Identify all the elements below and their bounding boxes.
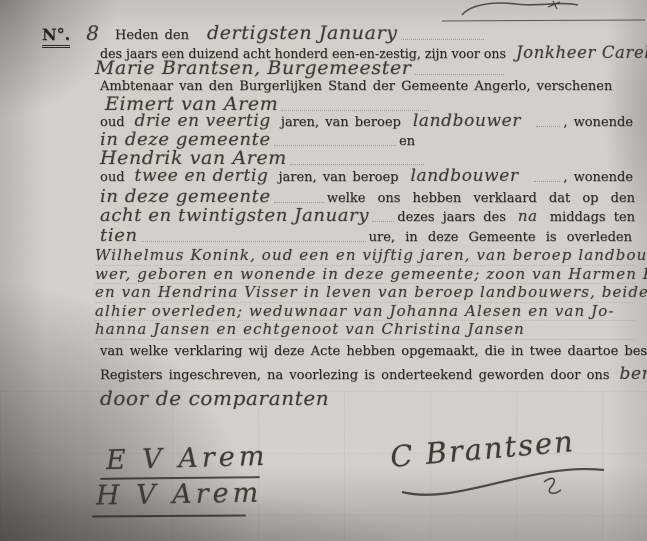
top-right-rule-line xyxy=(442,20,645,21)
deceased-line: en van Hendrina Visser in leven van bero… xyxy=(95,284,635,303)
hand-declarant2-residence: in deze gemeente xyxy=(100,186,271,207)
hand-declarant1-occupation: landbouwer xyxy=(413,111,521,131)
line-death-hour: tien ure, in deze Gemeente is overleden xyxy=(100,225,632,246)
dotted-rule xyxy=(412,57,508,79)
hand-death-date: acht en twintigsten January xyxy=(100,205,369,226)
printed-heden-den: Heden den xyxy=(115,28,189,43)
printed-dezes-jaars: dezes jaars des xyxy=(397,210,506,225)
line-declarant1-details: oud drie en veertig jaren, van beroep la… xyxy=(100,111,633,131)
dotted-rule xyxy=(271,186,327,207)
hand-benevens: benevens xyxy=(619,364,647,384)
act-number-label: N°. xyxy=(42,25,70,48)
dotted-rule xyxy=(531,166,564,186)
dotted-rule xyxy=(533,111,563,131)
bleed-through-grid xyxy=(0,391,647,541)
dotted-rule xyxy=(398,22,487,44)
printed-jaren-beroep: jaren, van beroep xyxy=(278,170,398,185)
deceased-line: wer, geboren en wonende in deze gemeente… xyxy=(95,266,635,285)
act-number-value: 8 xyxy=(86,21,99,45)
printed-verklaard: welke ons hebben verklaard dat op den xyxy=(327,191,635,206)
printed-closing-2: Registers ingeschreven, na voorlezing is… xyxy=(100,368,609,383)
printed-wonende: , wonende xyxy=(563,115,633,130)
printed-closing-1: van welke verklaring wij deze Acte hebbe… xyxy=(100,344,647,359)
death-certificate-scan: N°. 8 Heden den dertigsten January des j… xyxy=(0,0,647,541)
deceased-line: hanna Jansen en echtgenoot van Christina… xyxy=(95,321,635,340)
deceased-line: alhier overleden; weduwnaar van Johanna … xyxy=(95,303,635,322)
deceased-details-block: Wilhelmus Konink, oud een en vijftig jar… xyxy=(95,247,635,340)
line-ambtenaar: Ambtenaar van den Burgerlijken Stand der… xyxy=(100,79,612,94)
line-declaration-start: in deze gemeente welke ons hebben verkla… xyxy=(100,186,635,207)
printed-ambtenaar: Ambtenaar van den Burgerlijken Stand der… xyxy=(100,79,612,94)
printed-ure-overleden: ure, in deze Gemeente is overleden xyxy=(369,230,632,245)
printed-oud: oud xyxy=(100,115,125,130)
printed-middags-ten: middags ten xyxy=(550,210,635,225)
hand-official-name-1: Jonkheer Carel xyxy=(516,43,647,62)
printed-oud: oud xyxy=(100,170,125,185)
line-death-date: acht en twintigsten January dezes jaars … xyxy=(100,205,635,226)
hand-declarant2-occupation: landbouwer xyxy=(410,166,518,186)
hand-official-name-2: Marie Brantsen, Burgemeester xyxy=(95,57,412,79)
line-official: Marie Brantsen, Burgemeester xyxy=(95,57,507,79)
printed-jaren-beroep: jaren, van beroep xyxy=(281,115,401,130)
deceased-line: Wilhelmus Konink, oud een en vijftig jar… xyxy=(95,247,635,266)
line-date: Heden den dertigsten January xyxy=(115,22,487,44)
hand-na: na xyxy=(518,207,538,225)
line-declarant2-details: oud twee en dertig jaren, van beroep lan… xyxy=(100,166,633,186)
hand-death-hour: tien xyxy=(100,225,138,246)
printed-wonende: , wonende xyxy=(563,170,633,185)
hand-act-date: dertigsten January xyxy=(207,22,398,44)
hand-declarant1-age: drie en veertig xyxy=(135,111,271,131)
dotted-rule xyxy=(369,205,397,226)
line-closing-1: van welke verklaring wij deze Acte hebbe… xyxy=(100,344,635,359)
line-closing-2: Registers ingeschreven, na voorlezing is… xyxy=(100,364,635,384)
dotted-rule xyxy=(138,225,369,246)
hand-declarant2-age: twee en dertig xyxy=(135,166,269,186)
act-number: N°. 8 xyxy=(42,21,100,48)
